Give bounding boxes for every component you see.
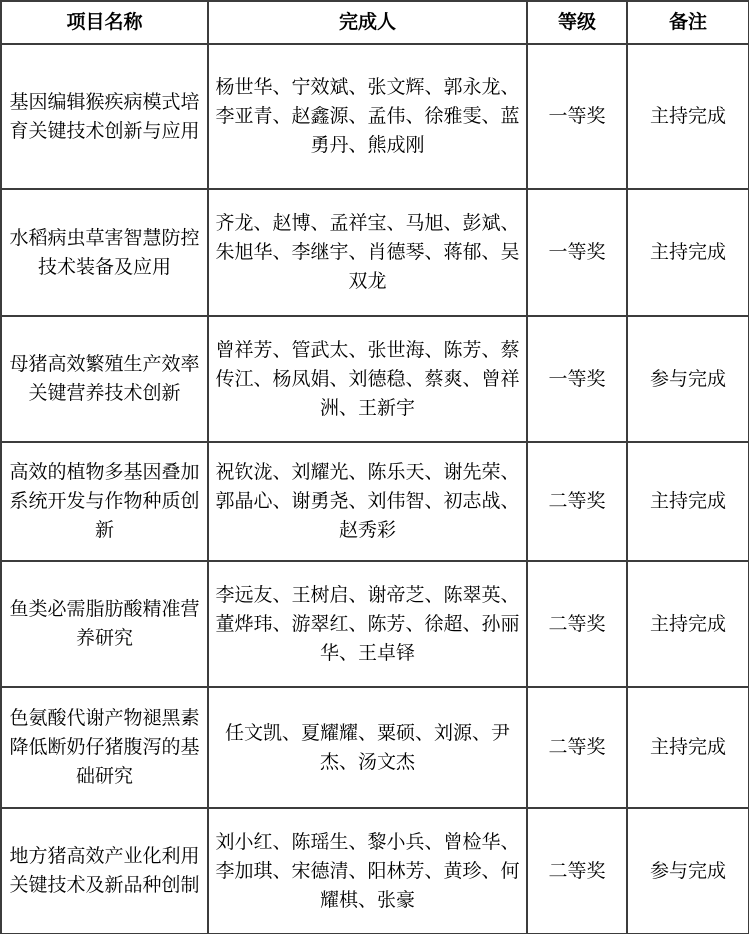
note-cell: 主持完成 (627, 687, 749, 808)
header-completers: 完成人 (208, 1, 527, 44)
project-name-cell: 鱼类必需脂肪酸精准营养研究 (1, 561, 208, 687)
completers-cell: 祝钦泷、刘耀光、陈乐天、谢先荣、郭晶心、谢勇尧、刘伟智、初志战、赵秀彩 (208, 442, 527, 561)
note-cell: 参与完成 (627, 316, 749, 442)
note-cell: 主持完成 (627, 189, 749, 316)
grade-cell: 一等奖 (527, 189, 627, 316)
project-name-cell: 母猪高效繁殖生产效率关键营养技术创新 (1, 316, 208, 442)
table-row: 高效的植物多基因叠加系统开发与作物种质创新 祝钦泷、刘耀光、陈乐天、谢先荣、郭晶… (1, 442, 749, 561)
table-header-row: 项目名称 完成人 等级 备注 (1, 1, 749, 44)
note-cell: 主持完成 (627, 442, 749, 561)
table-row: 母猪高效繁殖生产效率关键营养技术创新 曾祥芳、管武太、张世海、陈芳、蔡传江、杨凤… (1, 316, 749, 442)
completers-cell: 齐龙、赵博、孟祥宝、马旭、彭斌、朱旭华、李继宇、肖德琴、蒋郁、吴双龙 (208, 189, 527, 316)
completers-cell: 杨世华、宁效斌、张文辉、郭永龙、李亚青、赵鑫源、孟伟、徐雅雯、蓝勇丹、熊成刚 (208, 44, 527, 189)
completers-cell: 任文凯、夏耀耀、粟硕、刘源、尹杰、汤文杰 (208, 687, 527, 808)
note-cell: 参与完成 (627, 808, 749, 934)
grade-cell: 二等奖 (527, 561, 627, 687)
completers-cell: 刘小红、陈瑶生、黎小兵、曾检华、李加琪、宋德清、阳林芳、黄珍、何耀棋、张豪 (208, 808, 527, 934)
grade-cell: 二等奖 (527, 808, 627, 934)
table-row: 地方猪高效产业化利用关键技术及新品种创制 刘小红、陈瑶生、黎小兵、曾检华、李加琪… (1, 808, 749, 934)
grade-cell: 二等奖 (527, 442, 627, 561)
table-row: 基因编辑猴疾病模式培育关键技术创新与应用 杨世华、宁效斌、张文辉、郭永龙、李亚青… (1, 44, 749, 189)
completers-cell: 曾祥芳、管武太、张世海、陈芳、蔡传江、杨凤娟、刘德稳、蔡爽、曾祥洲、王新宇 (208, 316, 527, 442)
table-row: 鱼类必需脂肪酸精准营养研究 李远友、王树启、谢帝芝、陈翠英、董烨玮、游翠红、陈芳… (1, 561, 749, 687)
project-name-cell: 色氨酸代谢产物褪黑素降低断奶仔猪腹泻的基础研究 (1, 687, 208, 808)
project-name-cell: 基因编辑猴疾病模式培育关键技术创新与应用 (1, 44, 208, 189)
project-name-cell: 水稻病虫草害智慧防控技术装备及应用 (1, 189, 208, 316)
header-project-name: 项目名称 (1, 1, 208, 44)
table-row: 水稻病虫草害智慧防控技术装备及应用 齐龙、赵博、孟祥宝、马旭、彭斌、朱旭华、李继… (1, 189, 749, 316)
grade-cell: 一等奖 (527, 44, 627, 189)
table-row: 色氨酸代谢产物褪黑素降低断奶仔猪腹泻的基础研究 任文凯、夏耀耀、粟硕、刘源、尹杰… (1, 687, 749, 808)
header-grade: 等级 (527, 1, 627, 44)
header-note: 备注 (627, 1, 749, 44)
project-name-cell: 地方猪高效产业化利用关键技术及新品种创制 (1, 808, 208, 934)
grade-cell: 二等奖 (527, 687, 627, 808)
grade-cell: 一等奖 (527, 316, 627, 442)
note-cell: 主持完成 (627, 561, 749, 687)
note-cell: 主持完成 (627, 44, 749, 189)
project-name-cell: 高效的植物多基因叠加系统开发与作物种质创新 (1, 442, 208, 561)
completers-cell: 李远友、王树启、谢帝芝、陈翠英、董烨玮、游翠红、陈芳、徐超、孙丽华、王卓铎 (208, 561, 527, 687)
awards-table: 项目名称 完成人 等级 备注 基因编辑猴疾病模式培育关键技术创新与应用 杨世华、… (0, 0, 749, 934)
